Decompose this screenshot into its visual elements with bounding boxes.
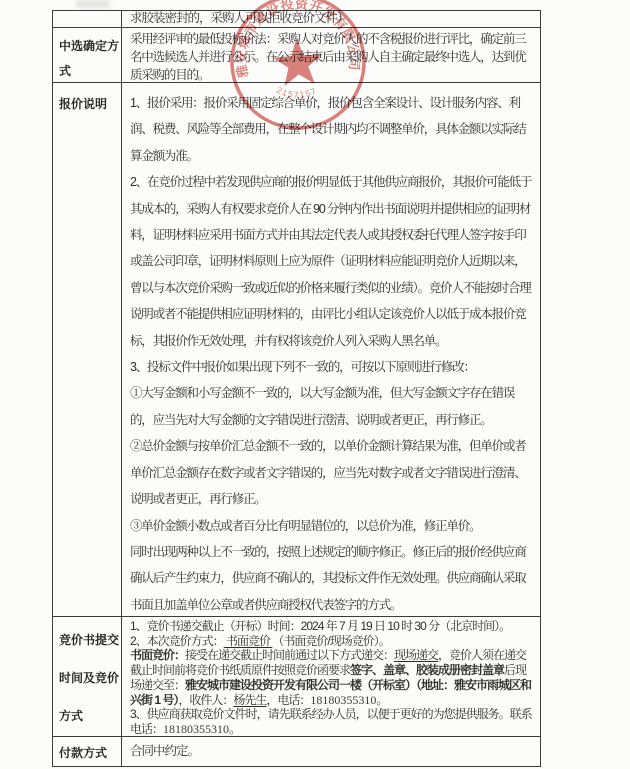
contact-paragraph: 3、供应商获取竞价文件时，请先联系经办人员，以便于更好的为您提供服务。联系电话：… (130, 707, 532, 736)
table-row-submission: 竞价书提交 时间及竞价 方式 1、竞价书递交截止（开标）时间：2024 年 7 … (53, 616, 540, 736)
method-prefix: 2、本次竞价方式： (130, 634, 224, 648)
scan-smudge (76, 0, 110, 8)
selection-method-text: 采用经评审的最低投标价法：采购人对竞价人的不含税报价进行评比，确定前三名中选候选… (122, 28, 540, 82)
recipient-name-underlined: 杨先生 (233, 693, 266, 707)
table-row-continuation: 求胶装密封的，采购人可以拒收竞价文件） (53, 11, 540, 27)
submission-method-line: 2、本次竞价方式： 书面竞价 （书面竞价/现场竞价）。 (130, 634, 532, 649)
written-bidding-text-5: ，电话： (266, 693, 310, 707)
written-bidding-text-1: 接受在递交截止时间前通过以下方式递交： (185, 648, 394, 662)
quotation-notes-text: 1、报价采用：报价采用固定综合单价，报价包含全案设计、设计服务内容、利润、税费、… (122, 83, 540, 616)
written-bidding-text-6: 。 (376, 693, 387, 707)
quotation-paragraph-1: 1、报价采用：报价采用固定综合单价，报价包含全案设计、设计服务内容、利润、税费、… (130, 90, 532, 169)
quotation-paragraph-4: ①大写金额和小写金额不一致的，以大写金额为准，但大写金额文字存在错误的，应当先对… (130, 380, 532, 433)
table-row-payment: 付款方式 合同中约定。 (53, 736, 540, 766)
quotation-paragraph-7: 同时出现两种以上不一致的，按照上述规定的顺序修正。修正后的报价经供应商确认后产生… (130, 539, 532, 616)
submission-text: 1、竞价书递交截止（开标）时间：2024 年 7 月 19 日 10 时 30 … (122, 617, 540, 736)
seal-binding-requirement-bold: 签字、盖章、胶装成册密封盖章 (350, 663, 504, 677)
written-bidding-label: 书面竞价： (130, 648, 185, 662)
row-header-submission: 竞价书提交 时间及竞价 方式 (53, 617, 122, 736)
quotation-paragraph-2: 2、在竞价过程中若发现供应商的报价明显低于其他供应商报价，其报价可能低于其成本的… (130, 169, 532, 354)
payment-text: 合同中约定。 (122, 737, 540, 766)
table-row-quotation-notes: 报价说明 1、报价采用：报价采用固定综合单价，报价包含全案设计、设计服务内容、利… (53, 82, 540, 616)
row-header-selection-method: 中选确定方 式 (53, 28, 122, 82)
continuation-text: 求胶装密封的，采购人可以拒收竞价文件） (122, 11, 540, 27)
recipient-phone-number: 18180355310 (310, 693, 376, 707)
quotation-paragraph-6: ③单价金额小数点或者百分比有明显错位的，以总价为准，修正单价。 (130, 513, 532, 539)
procurement-document-table: 求胶装密封的，采购人可以拒收竞价文件） 中选确定方 式 采用经评审的最低投标价法… (52, 10, 541, 767)
table-row-selection-method: 中选确定方 式 采用经评审的最低投标价法：采购人对竞价人的不含税报价进行评比，确… (53, 27, 540, 82)
quotation-paragraph-3: 3、投标文件中报价如果出现下列不一致的，可按以下原则进行修改： (130, 354, 532, 380)
row-header-quotation-notes: 报价说明 (53, 83, 122, 616)
written-bidding-text-4: ，收件人： (178, 693, 233, 707)
contact-phone-number: 18180355310 (163, 722, 229, 736)
row-header-payment: 付款方式 (53, 737, 122, 766)
submission-deadline-line: 1、竞价书递交截止（开标）时间：2024 年 7 月 19 日 10 时 30 … (130, 619, 532, 634)
onsite-delivery-underlined: 现场递交 (394, 648, 438, 662)
method-value-underlined: 书面竞价 (224, 634, 273, 648)
written-bidding-paragraph: 书面竞价：接受在递交截止时间前通过以下方式递交：现场递交，竞价人须在递交截止时间… (130, 648, 532, 707)
row-header-empty (53, 11, 122, 27)
quotation-paragraph-5: ②总价金额与按单价汇总金额不一致的，以单价金额计算结果为准，但单价或者单价汇总金… (130, 433, 532, 512)
method-suffix: （书面竞价/现场竞价）。 (272, 634, 389, 648)
contact-text-end: 。 (229, 722, 240, 736)
